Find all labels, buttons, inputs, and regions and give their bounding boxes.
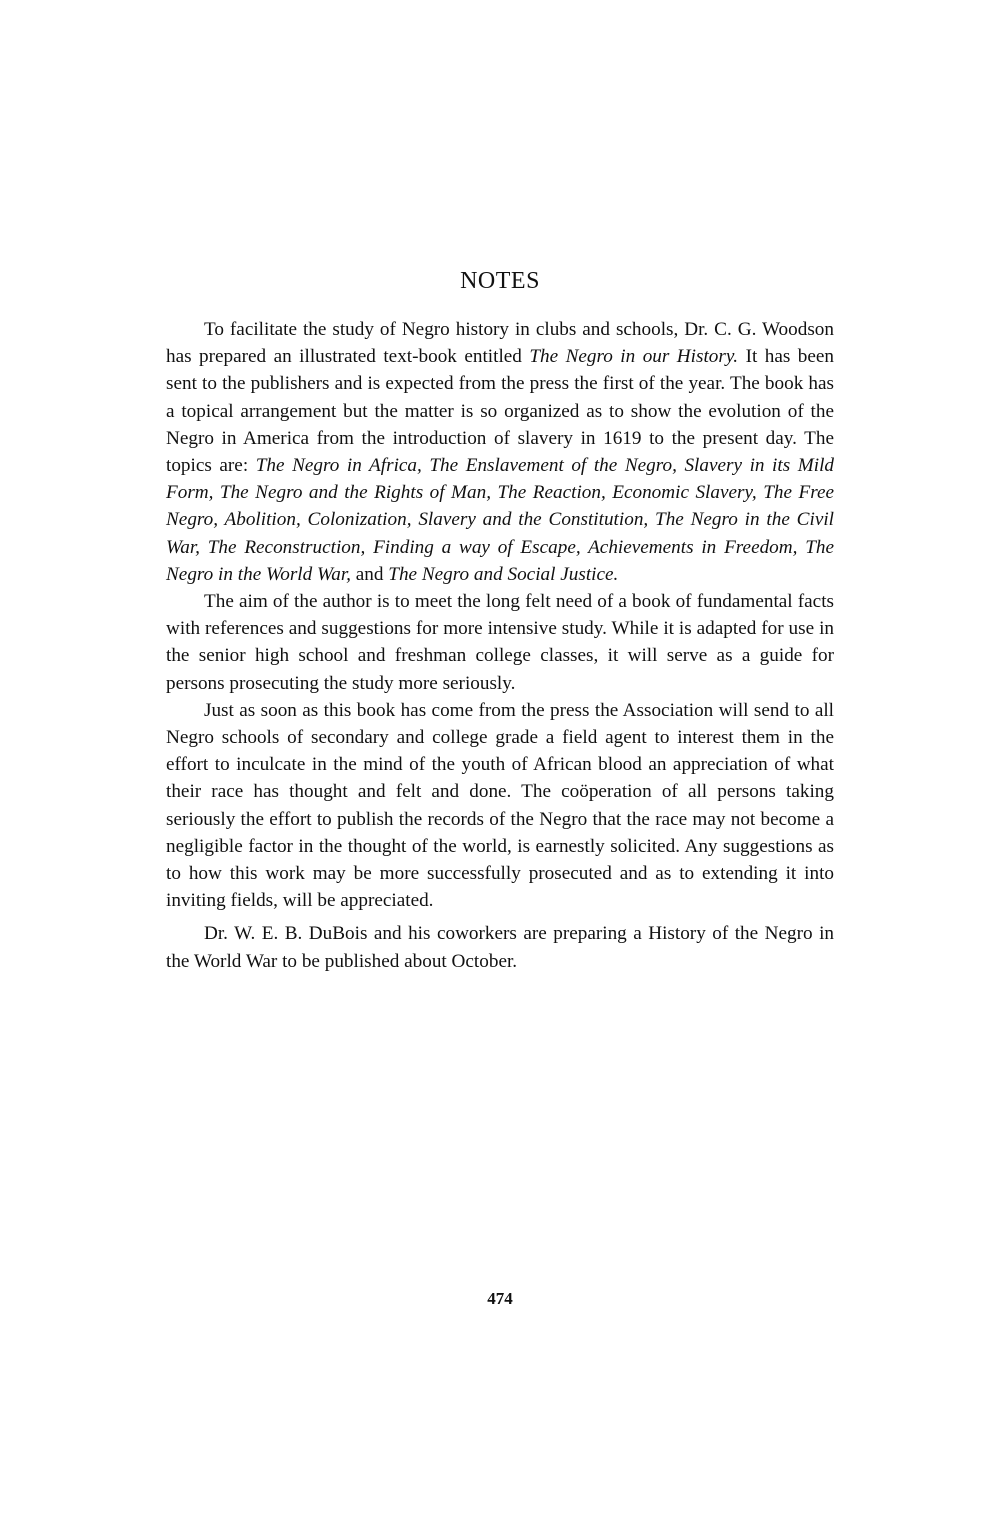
text-segment: and — [351, 564, 388, 585]
topic-italic: The Negro and Social Justice. — [388, 564, 618, 585]
page-number: 474 — [166, 1288, 834, 1310]
paragraph-dubois-history: Dr. W. E. B. DuBois and his coworkers ar… — [166, 920, 834, 974]
notes-body: To facilitate the study of Negro history… — [166, 316, 834, 975]
text-segment: The aim of the author is to meet the lon… — [166, 591, 834, 694]
book-title-italic: The Negro in our History. — [529, 346, 738, 367]
text-segment: Just as soon as this book has come from … — [166, 700, 834, 911]
text-segment: Dr. W. E. B. DuBois and his coworkers ar… — [166, 923, 834, 971]
paragraph-author-aim: The aim of the author is to meet the lon… — [166, 588, 834, 697]
paragraph-textbook-announcement: To facilitate the study of Negro history… — [166, 316, 834, 588]
page-title: NOTES — [166, 266, 834, 296]
paragraph-association-field-agent: Just as soon as this book has come from … — [166, 697, 834, 915]
